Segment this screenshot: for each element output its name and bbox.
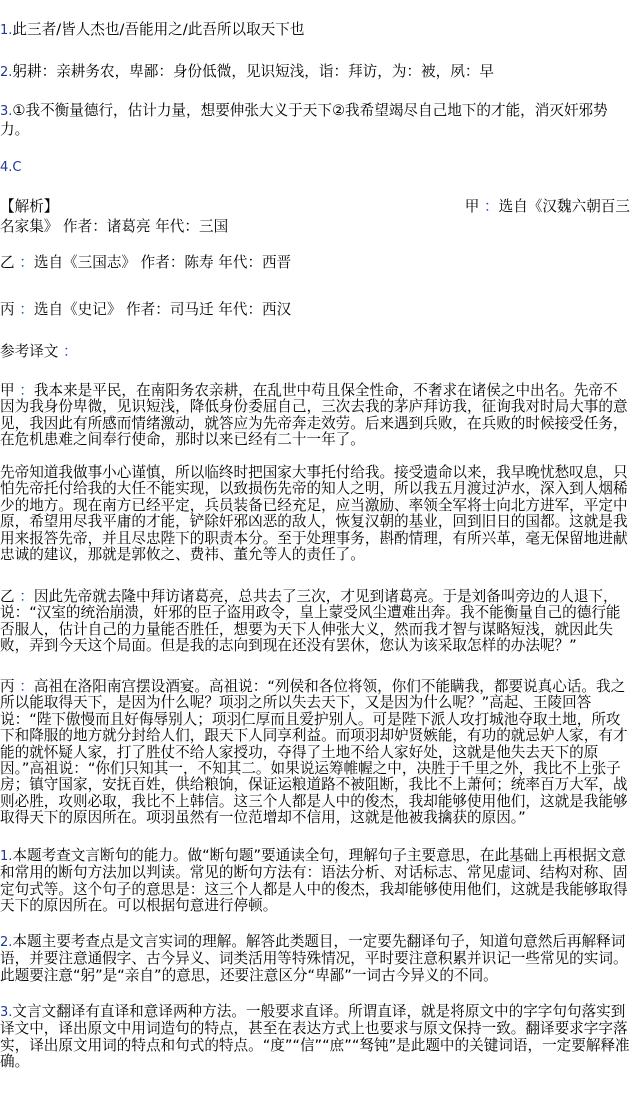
translation-yi-colon: ： <box>19 588 34 605</box>
explanation-3: 3.文言文翻译有直译和意译两种方法。一般要求直译。所谓直译，就是将原文中的字字句… <box>0 1004 630 1071</box>
translation-jia-label: 甲 <box>0 382 15 399</box>
source-bing: 丙 ：选自《史记》 作者：司马迁 年代：西汉 <box>0 301 630 318</box>
source-jia-text: 选自《汉魏六朝百三 <box>499 198 630 215</box>
translation-bing-label: 丙 <box>0 678 15 695</box>
translation-heading-colon: ： <box>63 343 78 360</box>
analysis-heading-row: 【解析】 甲 ：选自《汉魏六朝百三 <box>0 198 630 216</box>
source-jia-continued: 名家集》 作者：诸葛亮 年代：三国 <box>0 218 630 235</box>
answer-number: 1. <box>0 23 12 38</box>
explanation-text: 本题考查文言断句的能力。做“断句题”要通读全句，理解句子主要意思，在此基础上再根… <box>0 847 628 914</box>
source-jia-label: 甲 <box>465 198 480 215</box>
answer-text: 此三者/皆人杰也/吾能用之/此吾所以取天下也 <box>12 21 304 38</box>
source-bing-text: 选自《史记》 作者：司马迁 年代：西汉 <box>34 301 291 318</box>
translation-heading: 参考译文 ： <box>0 343 630 360</box>
answer-1: 1.此三者/皆人杰也/吾能用之/此吾所以取天下也 <box>0 21 630 39</box>
answer-text: 躬耕：亲耕务农，卑鄙：身份低微，见识短浅，诣：拜访，为：被，夙：早 <box>12 63 494 80</box>
answer-number: 2. <box>0 65 12 80</box>
source-jia-colon: ： <box>484 198 499 215</box>
answer-3: 3.①我不衡量德行，估计力量，想要伸张大义于天下②我希望竭尽自己地下的才能，消灭… <box>0 102 630 139</box>
explanation-number: 2. <box>0 935 12 950</box>
analysis-heading: 【解析】 <box>0 198 58 215</box>
translation-bing-colon: ： <box>19 678 34 695</box>
source-jia-text-continued: 名家集》 作者：诸葛亮 年代：三国 <box>0 218 228 235</box>
source-yi-colon: ： <box>19 254 34 271</box>
translation-heading-text: 参考译文 <box>0 343 58 360</box>
translation-jia-paragraph-2: 先帝知道我做事小心谨慎，所以临终时把国家大事托付给我。接受遗命以来，我早晚忧愁叹… <box>0 464 628 563</box>
translation-bing-paragraph: 高祖在洛阳南宫摆设酒宴。高祖说：“列侯和各位将领，你们不能瞒我，都要说真心话。我… <box>0 678 628 826</box>
source-yi: 乙 ：选自《三国志》 作者：陈寿 年代：西晋 <box>0 254 630 271</box>
source-bing-label: 丙 <box>0 301 15 318</box>
explanation-number: 1. <box>0 849 12 864</box>
explanation-number: 3. <box>0 1005 12 1020</box>
explanation-text: 本题主要考查点是文言实词的理解。解答此类题目，一定要先翻译句子，知道句意然后再解… <box>0 933 628 984</box>
source-jia-head: 甲 ：选自《汉魏六朝百三 <box>465 198 630 215</box>
answer-number: 3. <box>0 104 12 119</box>
source-yi-label: 乙 <box>0 254 15 271</box>
explanation-1: 1.本题考查文言断句的能力。做“断句题”要通读全句，理解句子主要意思，在此基础上… <box>0 848 630 915</box>
answer-2: 2.躬耕：亲耕务农，卑鄙：身份低微，见识短浅，诣：拜访，为：被，夙：早 <box>0 63 630 81</box>
answer-4: 4.C <box>0 158 630 176</box>
translation-jia-colon: ： <box>19 382 34 399</box>
explanation-2: 2.本题主要考查点是文言实词的理解。解答此类题目，一定要先翻译句子，知道句意然后… <box>0 934 630 984</box>
source-bing-colon: ： <box>19 301 34 318</box>
translation-jia-p2: 先帝知道我做事小心谨慎，所以临终时把国家大事托付给我。接受遗命以来，我早晚忧愁叹… <box>0 465 630 563</box>
translation-jia-paragraph-1: 我本来是平民，在南阳务农亲耕，在乱世中苟且保全性命，不奢求在诸侯之中出名。先帝不… <box>0 382 628 448</box>
answer-text: C <box>12 160 21 175</box>
source-yi-text: 选自《三国志》 作者：陈寿 年代：西晋 <box>34 254 291 271</box>
translation-yi-paragraph: 因此先帝就去隆中拜访诸葛亮，总共去了三次，才见到诸葛亮。于是刘备叫旁边的人退下，… <box>0 588 621 654</box>
translation-yi: 乙 ：因此先帝就去隆中拜访诸葛亮，总共去了三次，才见到诸葛亮。于是刘备叫旁边的人… <box>0 589 630 655</box>
answer-number: 4. <box>0 160 12 175</box>
answer-text: ①我不衡量德行，估计力量，想要伸张大义于天下②我希望竭尽自己地下的才能，消灭奸邪… <box>0 102 608 138</box>
translation-yi-label: 乙 <box>0 588 15 605</box>
translation-jia-p1: 甲 ：我本来是平民，在南阳务农亲耕，在乱世中苟且保全性命，不奢求在诸侯之中出名。… <box>0 383 630 449</box>
translation-bing: 丙 ：高祖在洛阳南宫摆设酒宴。高祖说：“列侯和各位将领，你们不能瞒我，都要说真心… <box>0 679 630 827</box>
explanation-text: 文言文翻译有直译和意译两种方法。一般要求直译。所谓直译，就是将原文中的字字句句落… <box>0 1003 630 1070</box>
